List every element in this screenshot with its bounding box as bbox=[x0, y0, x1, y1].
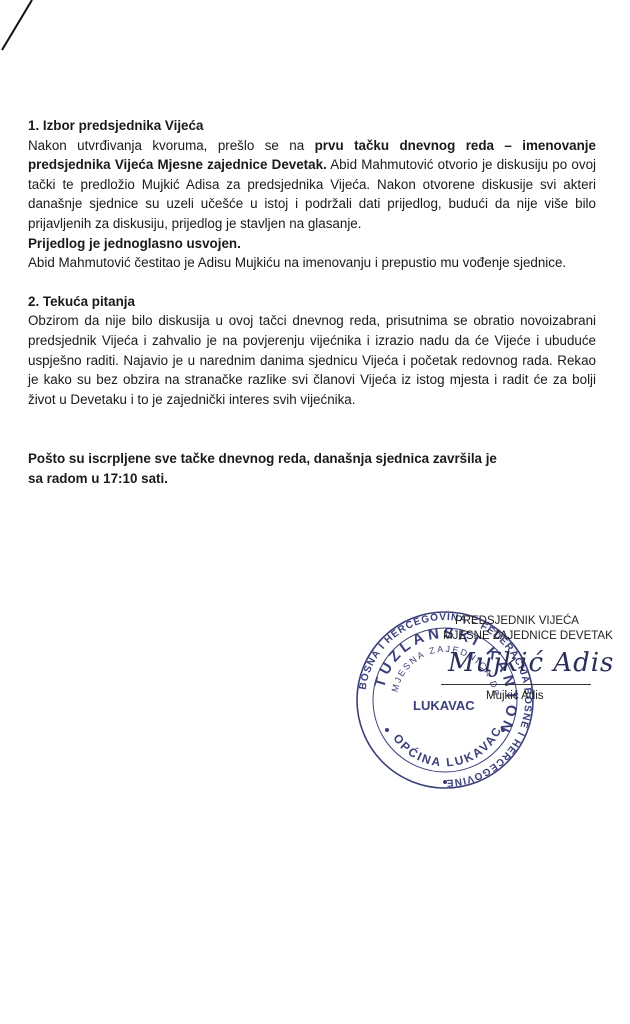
signature-title: PREDSJEDNIK VIJEĆA MJESNE ZAJEDNICE DEVE… bbox=[455, 614, 613, 644]
section1-paragraph2: Abid Mahmutović čestitao je Adisu Mujkić… bbox=[28, 253, 596, 273]
section1-decision: Prijedlog je jednoglasno usvojen. bbox=[28, 234, 596, 254]
signatory-name: Mujkić Adis bbox=[486, 690, 544, 702]
signature-line bbox=[441, 684, 591, 685]
svg-text:OPĆINA LUKAVAC: OPĆINA LUKAVAC bbox=[390, 723, 505, 769]
section1-paragraph: Nakon utvrđivanja kvoruma, prešlo se na … bbox=[28, 136, 596, 234]
signature-title-line1: PREDSJEDNIK VIJEĆA bbox=[455, 614, 613, 629]
svg-text:LUKAVAC: LUKAVAC bbox=[413, 698, 475, 713]
section1-text-a: Nakon utvrđivanja kvoruma, prešlo se na bbox=[28, 138, 315, 153]
closing-statement: Pošto su iscrpljene sve tačke dnevnog re… bbox=[28, 449, 498, 488]
section2-heading: 2. Tekuća pitanja bbox=[28, 292, 596, 312]
signature-title-line2: MJESNE ZAJEDNICE DEVETAK bbox=[443, 629, 613, 644]
document-body: 1. Izbor predsjednika Vijeća Nakon utvrđ… bbox=[28, 116, 596, 489]
page-corner-fold-line bbox=[0, 0, 40, 60]
section1-heading: 1. Izbor predsjednika Vijeća bbox=[28, 116, 596, 136]
handwritten-signature: Mujkić Adis bbox=[448, 648, 614, 678]
section2-paragraph: Obzirom da nije bilo diskusija u ovoj ta… bbox=[28, 311, 596, 409]
